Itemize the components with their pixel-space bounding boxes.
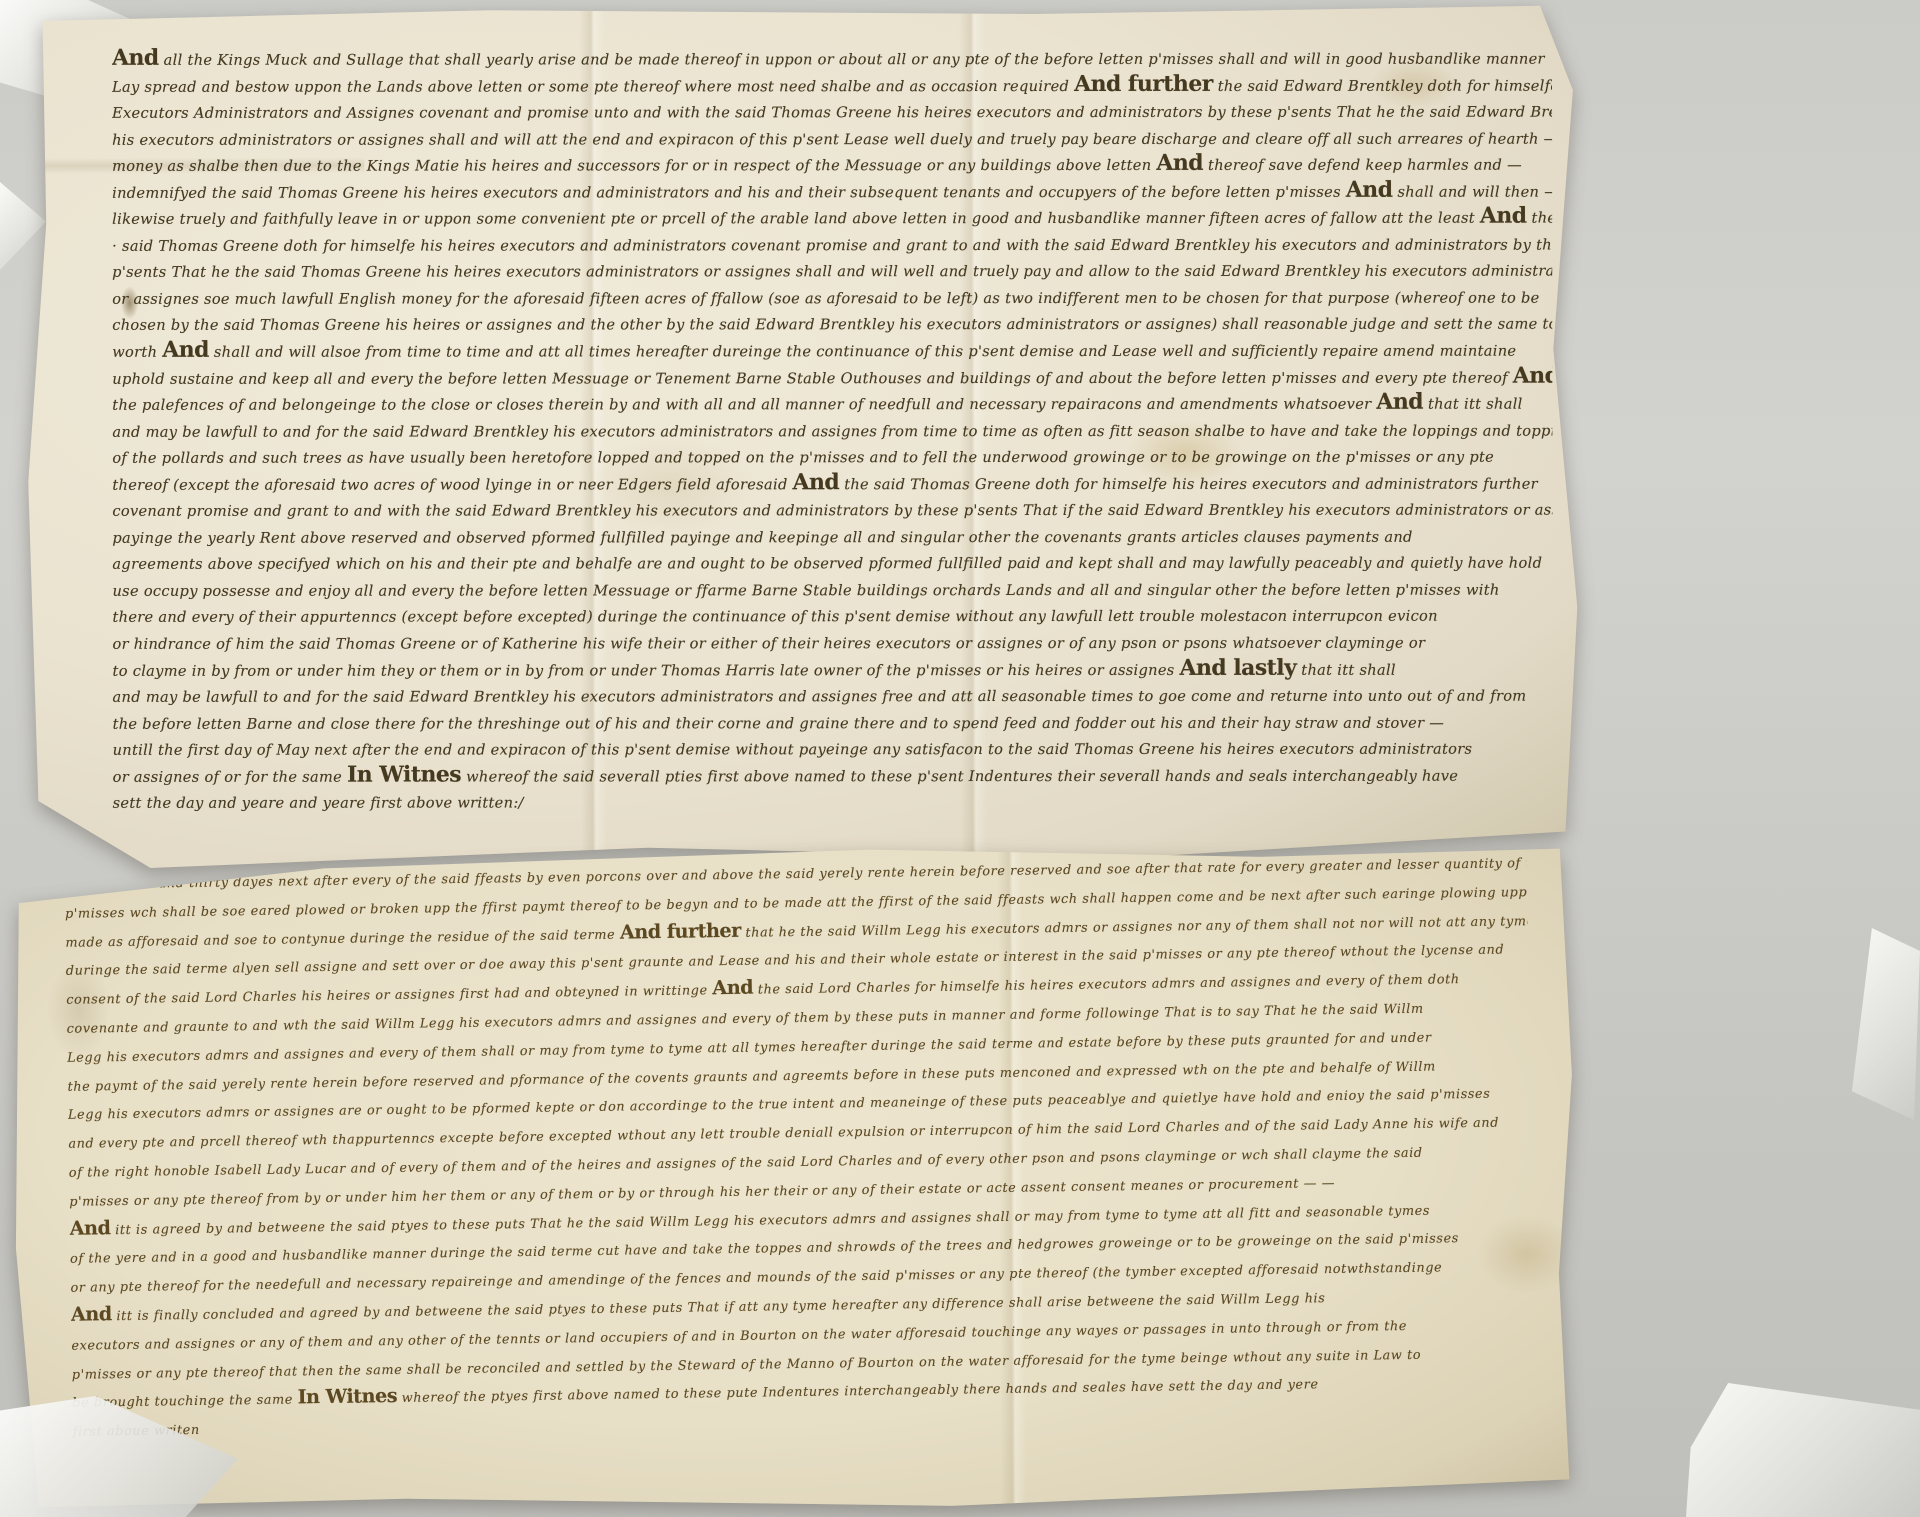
top-parchment-wrapper: And all the Kings Muck and Sullage that … (25, 6, 1580, 868)
versal-initial: And further (620, 918, 741, 943)
versal-initial: And (1513, 362, 1553, 388)
manuscript-line: payinge the yearly Rent above reserved a… (112, 524, 1552, 552)
versal-initial: And (793, 469, 840, 495)
manuscript-line: chosen by the said Thomas Greene his hei… (112, 312, 1552, 340)
manuscript-line: And all the Kings Muck and Sullage that … (112, 47, 1552, 75)
top-indenture-parchment: And all the Kings Muck and Sullage that … (24, 4, 1581, 870)
manuscript-line: the before letten Barne and close there … (113, 710, 1553, 738)
versal-initial: And (71, 1302, 112, 1326)
photograph-backdrop: And all the Kings Muck and Sullage that … (0, 0, 1920, 1517)
manuscript-line: · said Thomas Greene doth for himselfe h… (112, 232, 1552, 260)
versal-initial: And lastly (1180, 654, 1297, 680)
manuscript-line: there and every of their appurtenncs (ex… (112, 604, 1552, 632)
manuscript-line: worth And shall and will alsoe from time… (112, 339, 1552, 367)
bottom-indenture-parchment: or wthin one and thirty dayes next after… (12, 842, 1575, 1514)
manuscript-line: and may be lawfull to and for the said E… (112, 418, 1552, 446)
top-indenture-text: And all the Kings Muck and Sullage that … (112, 47, 1553, 818)
manuscript-line: uphold sustaine and keep all and every t… (112, 365, 1552, 393)
manuscript-line: money as shalbe then due to the Kings Ma… (112, 153, 1552, 181)
versal-initial: And (1480, 203, 1527, 229)
manuscript-line: his executors administrators or assignes… (112, 126, 1552, 154)
manuscript-line: agreements above specifyed which on his … (112, 551, 1552, 579)
versal-initial: And (712, 976, 753, 1000)
manuscript-line: or hindrance of him the said Thomas Gree… (112, 631, 1552, 659)
manuscript-line: use occupy possesse and enjoy all and ev… (112, 577, 1552, 605)
manuscript-line: thereof (except the aforesaid two acres … (112, 471, 1552, 499)
manuscript-line: untill the first day of May next after t… (113, 737, 1553, 765)
bottom-indenture-text: or wthin one and thirty dayes next after… (64, 850, 1534, 1448)
versal-initial: And (112, 47, 159, 71)
versal-initial: In Witnes (347, 761, 461, 787)
bottom-parchment-wrapper: or wthin one and thirty dayes next after… (14, 846, 1574, 1510)
manuscript-line: Executors Administrators and Assignes co… (112, 100, 1552, 128)
manuscript-line: and may be lawfull to and for the said E… (113, 684, 1553, 712)
manuscript-line: Lay spread and bestow uppon the Lands ab… (112, 73, 1552, 101)
manuscript-line: likewise truely and faithfully leave in … (112, 206, 1552, 234)
manuscript-line: p'sents That he the said Thomas Greene h… (112, 259, 1552, 287)
manuscript-line: or assignes soe much lawfull English mon… (112, 285, 1552, 313)
manuscript-line: the palefences of and belongeinge to the… (112, 392, 1552, 420)
versal-initial: And (1346, 176, 1393, 202)
manuscript-line: covenant promise and grant to and with t… (112, 498, 1552, 526)
manuscript-line: to clayme in by from or under him they o… (113, 657, 1553, 685)
manuscript-line: or assignes of or for the same In Witnes… (113, 763, 1553, 791)
acrylic-stand-right (1846, 928, 1920, 1120)
versal-initial: And further (1074, 70, 1213, 96)
versal-initial: And (69, 1216, 110, 1240)
acrylic-stand-bottom-right (1686, 1383, 1920, 1517)
manuscript-line: indemnifyed the said Thomas Greene his h… (112, 179, 1552, 207)
manuscript-line: sett the day and yeare and yeare first a… (113, 790, 1553, 818)
versal-initial: In Witnes (297, 1384, 397, 1408)
versal-initial: And (162, 337, 209, 363)
versal-initial: And (1376, 389, 1423, 415)
versal-initial: And (1156, 150, 1203, 176)
